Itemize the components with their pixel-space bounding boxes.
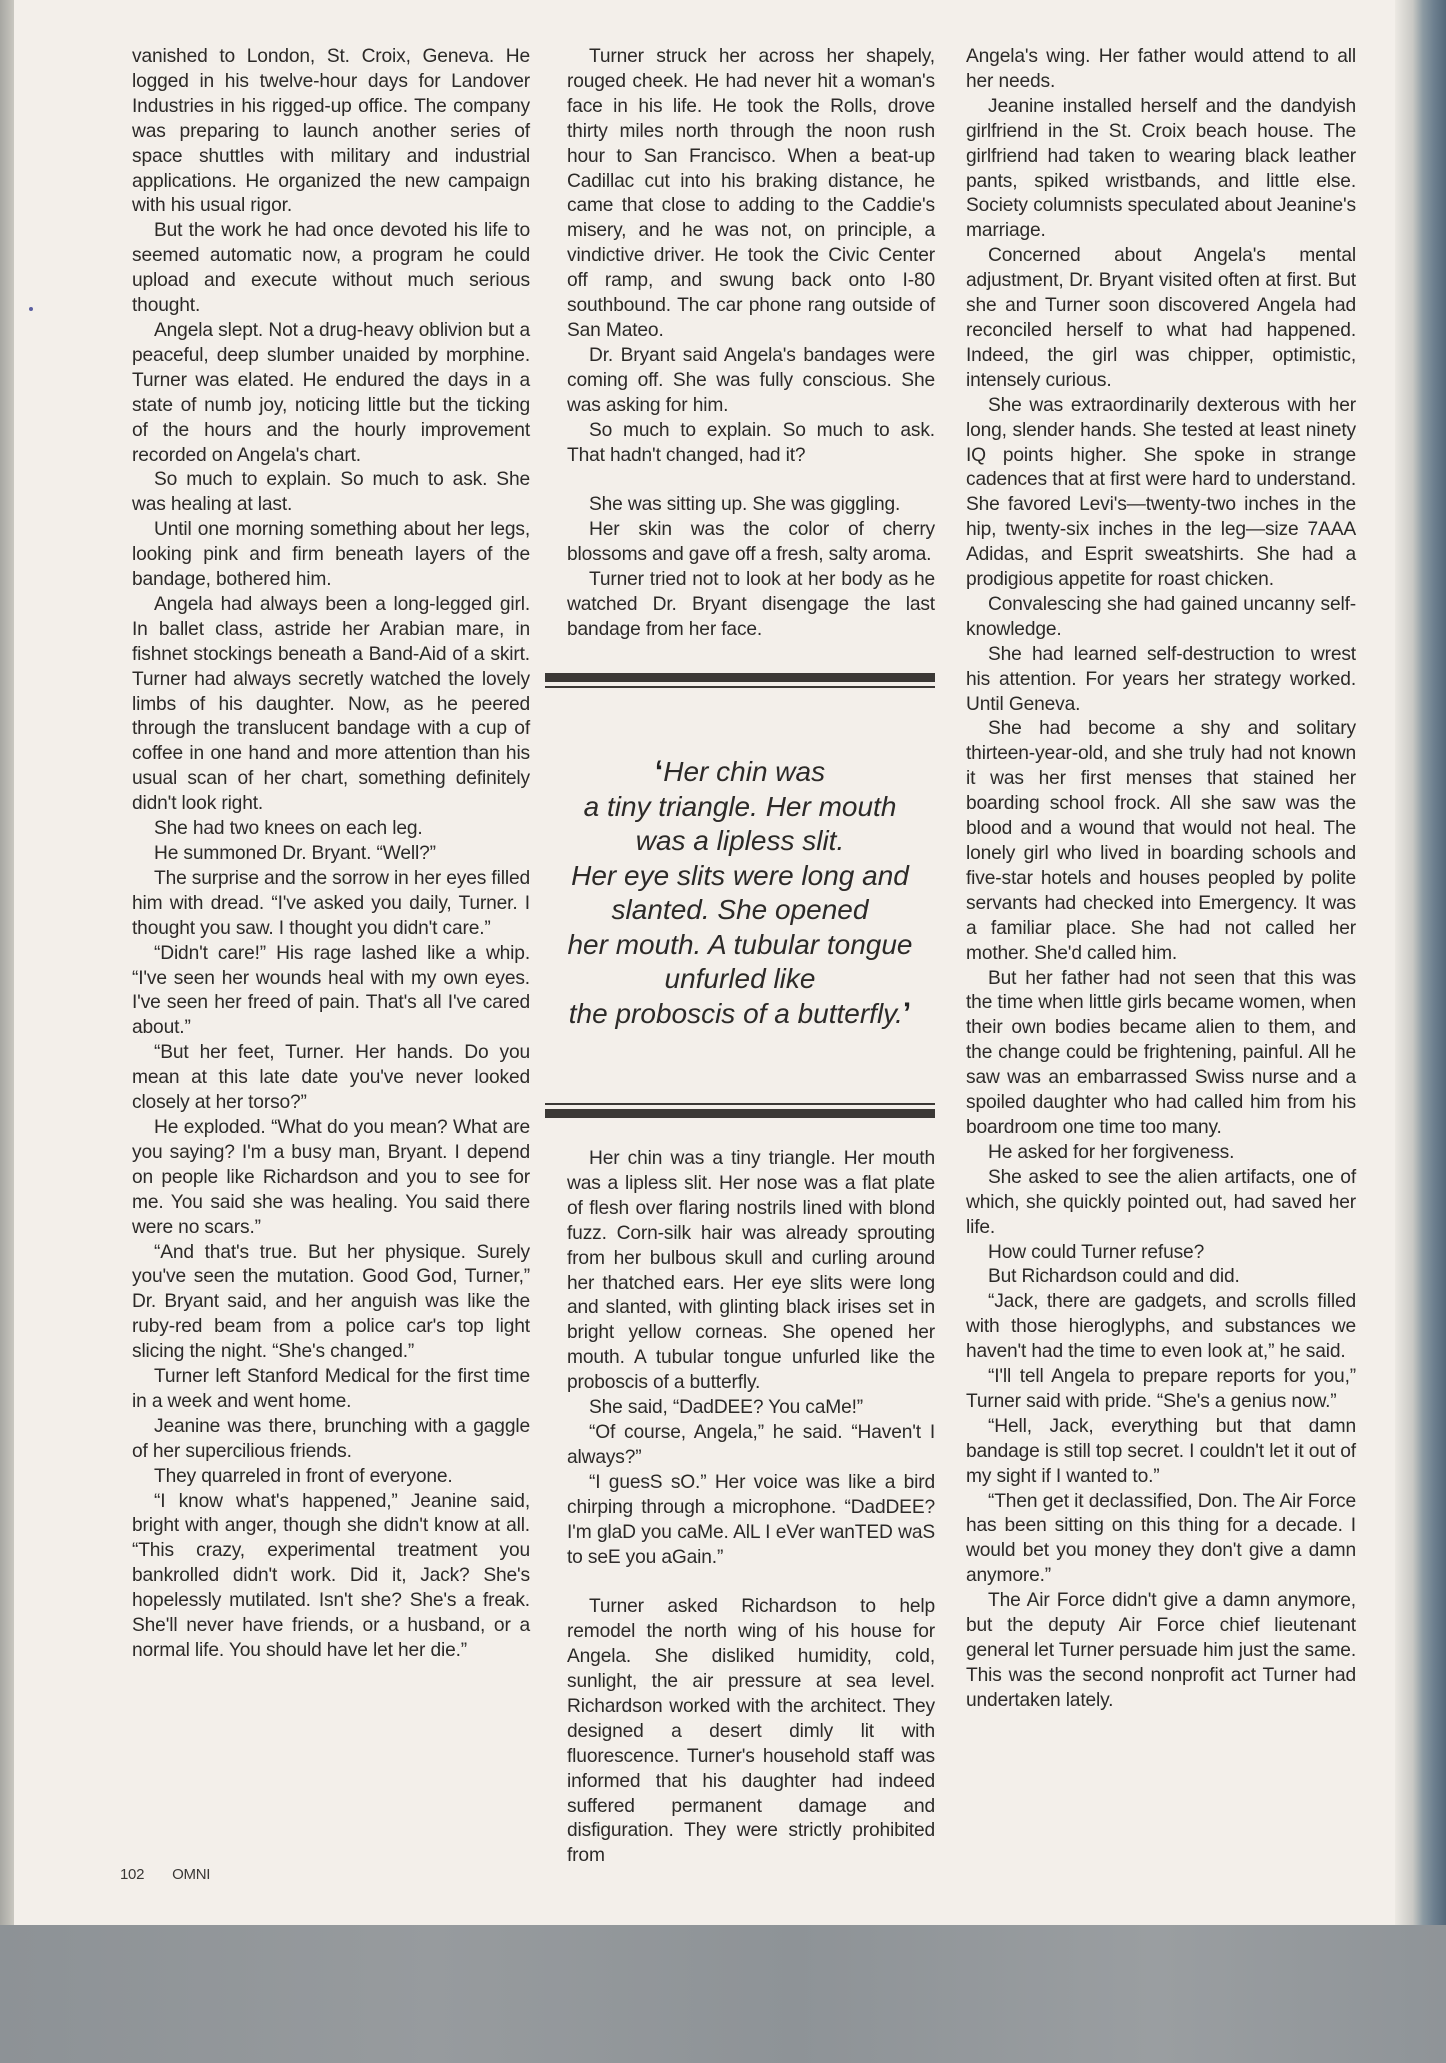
page-number: 102 xyxy=(120,1866,144,1883)
pull-quote-line: Her eye slits were long and xyxy=(545,859,935,894)
paragraph: They quarreled in front of everyone. xyxy=(132,1465,530,1490)
paragraph: She had become a shy and solitary thirte… xyxy=(966,717,1356,966)
magazine-name: OMNI xyxy=(172,1866,210,1883)
paragraph: Angela slept. Not a drug-heavy oblivion … xyxy=(132,319,530,468)
adjacent-page-edge xyxy=(1395,0,1446,1925)
paragraph: Jeanine installed herself and the dandyi… xyxy=(966,95,1356,244)
thick-rule xyxy=(545,673,935,682)
pull-quote-line: a tiny triangle. Her mouth xyxy=(545,790,935,825)
pull-quote-line: the proboscis of a butterfly.’ xyxy=(545,997,935,1032)
paragraph: She asked to see the alien artifacts, on… xyxy=(966,1166,1356,1241)
pull-quote-line: slanted. She opened xyxy=(545,893,935,928)
pull-quote-bottom-rule xyxy=(545,1103,935,1118)
paragraph: Her skin was the color of cherry blossom… xyxy=(567,518,935,568)
paragraph: Turner asked Richardson to help remodel … xyxy=(567,1595,935,1869)
paragraph: The surprise and the sorrow in her eyes … xyxy=(132,867,530,942)
pull-quote-top-rule xyxy=(545,673,935,688)
paragraph: Convalescing she had gained uncanny self… xyxy=(966,593,1356,643)
paragraph: Turner struck her across her shapely, ro… xyxy=(567,45,935,344)
ink-speck xyxy=(29,307,33,311)
paragraph: She had learned self-destruction to wres… xyxy=(966,643,1356,718)
paragraph: vanished to London, St. Croix, Geneva. H… xyxy=(132,45,530,219)
thin-rule xyxy=(545,686,935,688)
paragraph: “Of course, Angela,” he said. “Haven't I… xyxy=(567,1421,935,1471)
scanner-background xyxy=(0,1925,1446,2063)
page-folio: 102OMNI xyxy=(120,1866,238,1883)
paragraph: She was sitting up. She was giggling. xyxy=(567,493,935,518)
page-left-edge xyxy=(0,0,14,1925)
article-column-2-top: Turner struck her across her shapely, ro… xyxy=(567,45,935,643)
article-column-1: vanished to London, St. Croix, Geneva. H… xyxy=(132,45,530,1664)
paragraph: So much to explain. So much to ask. That… xyxy=(567,419,935,469)
paragraph: “Then get it declassified, Don. The Air … xyxy=(966,1490,1356,1590)
paragraph: But her father had not seen that this wa… xyxy=(966,967,1356,1141)
paragraph: “And that's true. But her physique. Sure… xyxy=(132,1241,530,1366)
paragraph: Her chin was a tiny triangle. Her mouth … xyxy=(567,1147,935,1396)
paragraph: Jeanine was there, brunching with a gagg… xyxy=(132,1415,530,1465)
paragraph: She was extraordinarily dexterous with h… xyxy=(966,394,1356,593)
pull-quote: ‘Her chin was a tiny triangle. Her mouth… xyxy=(545,755,935,1031)
paragraph: “Jack, there are gadgets, and scrolls fi… xyxy=(966,1290,1356,1365)
paragraph: “Didn't care!” His rage lashed like a wh… xyxy=(132,942,530,1042)
paragraph: He exploded. “What do you mean? What are… xyxy=(132,1116,530,1241)
close-quote-mark: ’ xyxy=(903,997,911,1030)
paragraph: Dr. Bryant said Angela's bandages were c… xyxy=(567,344,935,419)
paragraph: So much to explain. So much to ask. She … xyxy=(132,468,530,518)
paragraph: “But her feet, Turner. Her hands. Do you… xyxy=(132,1041,530,1116)
article-column-3: Angela's wing. Her father would attend t… xyxy=(966,45,1356,1714)
paragraph: How could Turner refuse? xyxy=(966,1241,1356,1266)
paragraph: Turner left Stanford Medical for the fir… xyxy=(132,1365,530,1415)
paragraph: “I'll tell Angela to prepare reports for… xyxy=(966,1365,1356,1415)
open-quote-mark: ‘ xyxy=(655,755,663,788)
pull-quote-line: ‘Her chin was xyxy=(545,755,935,790)
paragraph: “I guesS sO.” Her voice was like a bird … xyxy=(567,1471,935,1571)
paragraph: Until one morning something about her le… xyxy=(132,518,530,593)
paragraph: “I know what's happened,” Jeanine said, … xyxy=(132,1490,530,1664)
paragraph: He summoned Dr. Bryant. “Well?” xyxy=(132,842,530,867)
article-column-2-bottom: Her chin was a tiny triangle. Her mouth … xyxy=(567,1147,935,1869)
pull-quote-line: her mouth. A tubular tongue xyxy=(545,928,935,963)
paragraph: She had two knees on each leg. xyxy=(132,817,530,842)
pull-quote-line: was a lipless slit. xyxy=(545,824,935,859)
thick-rule xyxy=(545,1109,935,1118)
paragraph: But the work he had once devoted his lif… xyxy=(132,219,530,319)
pull-quote-line: unfurled like xyxy=(545,962,935,997)
paragraph: “Hell, Jack, everything but that damn ba… xyxy=(966,1415,1356,1490)
paragraph: Concerned about Angela's mental adjustme… xyxy=(966,244,1356,393)
paragraph: But Richardson could and did. xyxy=(966,1265,1356,1290)
paragraph: Angela had always been a long-legged gir… xyxy=(132,593,530,817)
paragraph: Turner tried not to look at her body as … xyxy=(567,568,935,643)
paragraph: Angela's wing. Her father would attend t… xyxy=(966,45,1356,95)
paragraph: The Air Force didn't give a damn anymore… xyxy=(966,1589,1356,1714)
paragraph: She said, “DadDEE? You caMe!” xyxy=(567,1396,935,1421)
paragraph: He asked for her forgiveness. xyxy=(966,1141,1356,1166)
